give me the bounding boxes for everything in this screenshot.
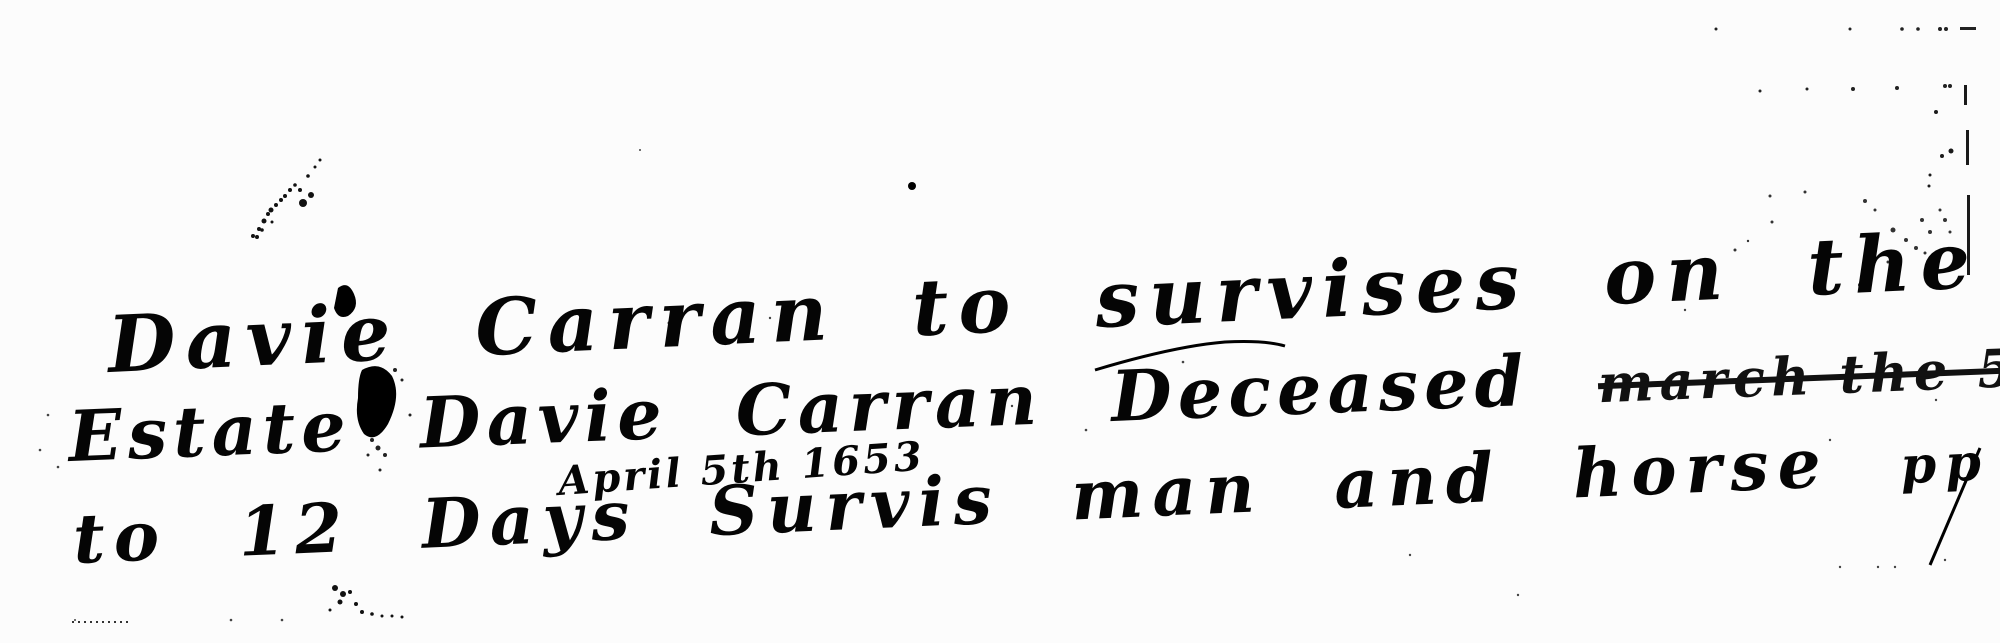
- word: man: [1070, 448, 1266, 536]
- word: horse: [1571, 423, 1831, 514]
- word: Estate: [67, 384, 353, 478]
- word: Survis: [707, 460, 1002, 553]
- line-suffix: pp ix: [1899, 428, 2000, 496]
- word: Davie: [106, 287, 403, 391]
- word: to: [72, 496, 170, 580]
- word: 12: [237, 488, 353, 573]
- word: Days: [420, 475, 640, 564]
- word: to: [910, 259, 1022, 355]
- word: Deceased: [1109, 339, 1531, 438]
- word: on: [1602, 226, 1735, 323]
- scanned-document-page: Davie Carran to survises on the Estate D…: [0, 0, 2000, 643]
- struck-through-text: march the 5th 1653: [1597, 328, 2000, 415]
- word: Carran: [473, 267, 839, 374]
- word: and: [1332, 438, 1503, 525]
- word: Davie: [418, 372, 669, 464]
- word: survises: [1093, 236, 1531, 347]
- word: the: [1806, 215, 1982, 314]
